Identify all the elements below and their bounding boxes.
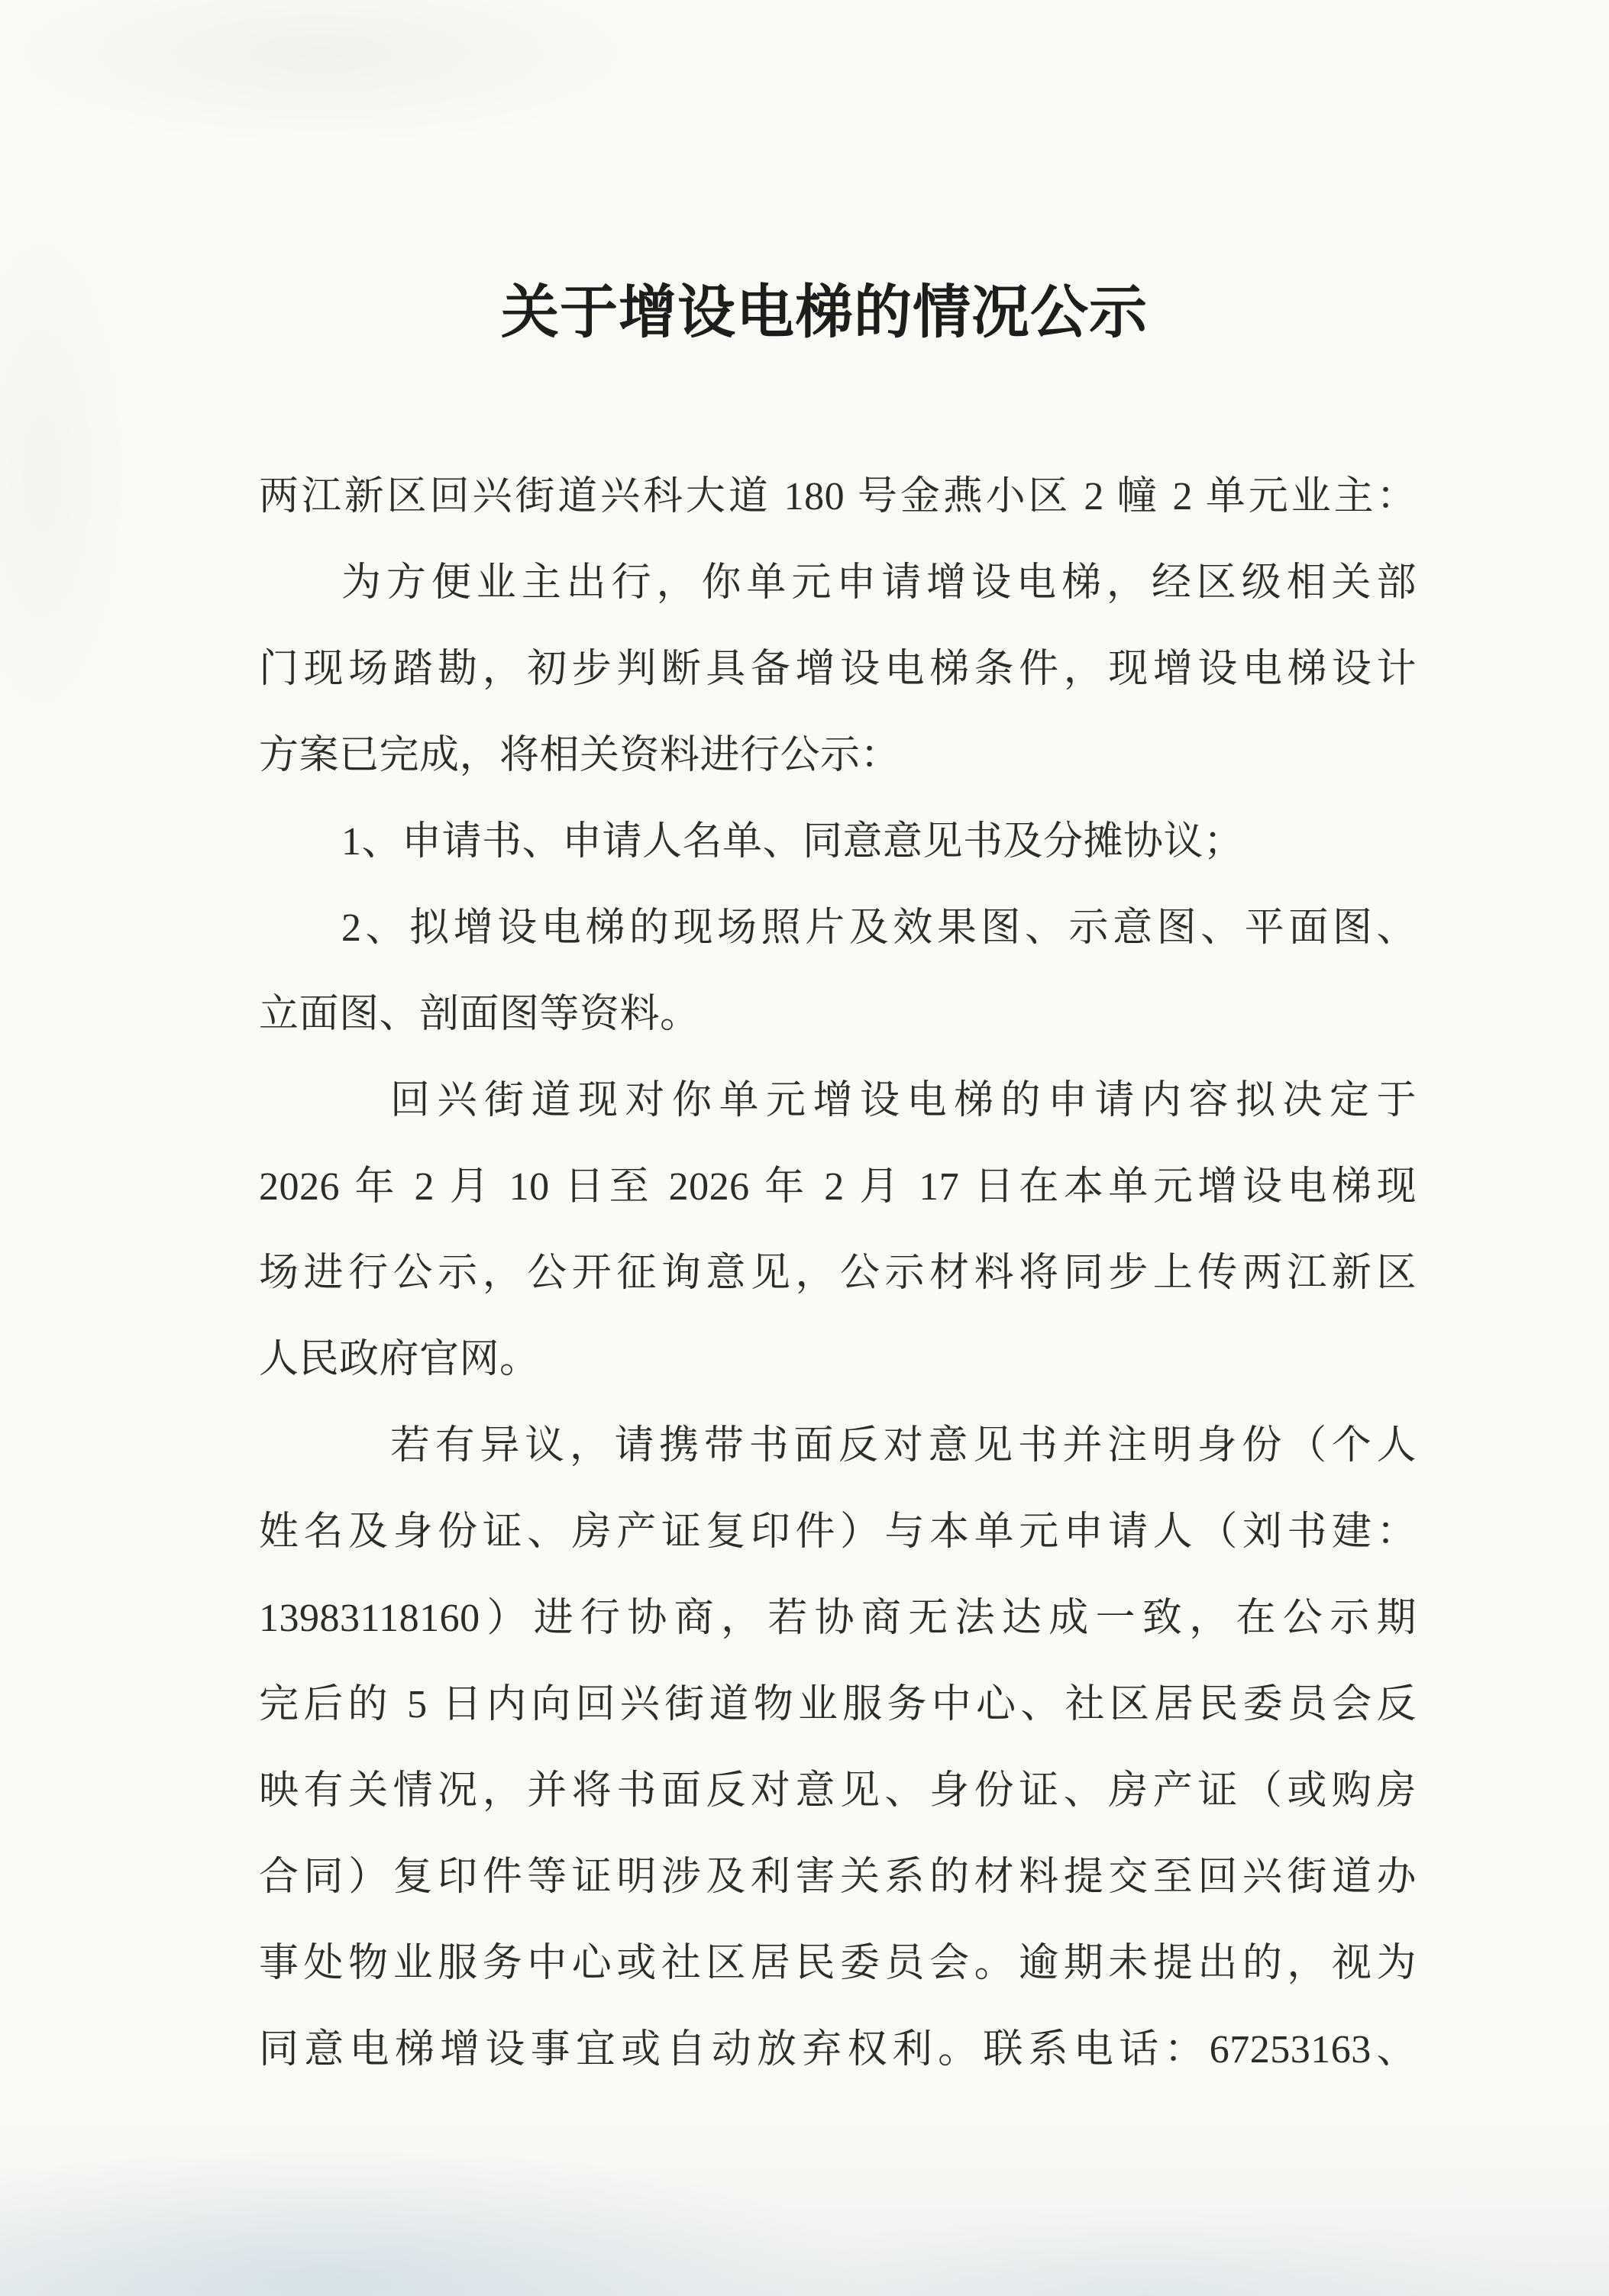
body-line-19: 同意电梯增设事宜或自动放弃权利。联系电话：67253163、 <box>259 2007 1417 2093</box>
body-line-2: 为方便业主出行，你单元申请增设电梯，经区级相关部 <box>259 540 1417 626</box>
body-line-1: 两江新区回兴街道兴科大道 180 号金燕小区 2 幢 2 单元业主： <box>259 454 1417 540</box>
body-line-17: 合同）复印件等证明涉及利害关系的材料提交至回兴街道办 <box>259 1834 1417 1920</box>
document-body: 两江新区回兴街道兴科大道 180 号金燕小区 2 幢 2 单元业主： 为方便业主… <box>0 454 1609 2093</box>
document-title: 关于增设电梯的情况公示 <box>0 0 1609 342</box>
body-line-16: 映有关情况，并将书面反对意见、身份证、房产证（或购房 <box>259 1748 1417 1834</box>
body-line-18: 事处物业服务中心或社区居民委员会。逾期未提出的，视为 <box>259 1920 1417 2007</box>
body-line-13: 姓名及身份证、房产证复印件）与本单元申请人（刘书建： <box>259 1489 1417 1575</box>
scanned-notice-page: 关于增设电梯的情况公示 两江新区回兴街道兴科大道 180 号金燕小区 2 幢 2… <box>0 0 1609 2296</box>
body-line-6: 2、拟增设电梯的现场照片及效果图、示意图、平面图、 <box>259 885 1417 971</box>
body-line-3: 门现场踏勘，初步判断具备增设电梯条件，现增设电梯设计 <box>259 626 1417 712</box>
body-line-11: 人民政府官网。 <box>259 1316 1417 1403</box>
body-line-9: 2026 年 2 月 10 日至 2026 年 2 月 17 日在本单元增设电梯… <box>259 1144 1417 1230</box>
body-line-7: 立面图、剖面图等资料。 <box>259 971 1417 1058</box>
body-line-5: 1、申请书、申请人名单、同意意见书及分摊协议； <box>259 799 1417 885</box>
body-line-4: 方案已完成，将相关资料进行公示： <box>259 712 1417 799</box>
body-line-8: 回兴街道现对你单元增设电梯的申请内容拟决定于 <box>259 1058 1417 1144</box>
body-line-12: 若有异议，请携带书面反对意见书并注明身份（个人 <box>259 1403 1417 1489</box>
body-line-15: 完后的 5 日内向回兴街道物业服务中心、社区居民委员会反 <box>259 1661 1417 1748</box>
body-line-10: 场进行公示，公开征询意见，公示材料将同步上传两江新区 <box>259 1230 1417 1316</box>
body-line-14: 13983118160）进行协商，若协商无法达成一致，在公示期 <box>259 1575 1417 1661</box>
